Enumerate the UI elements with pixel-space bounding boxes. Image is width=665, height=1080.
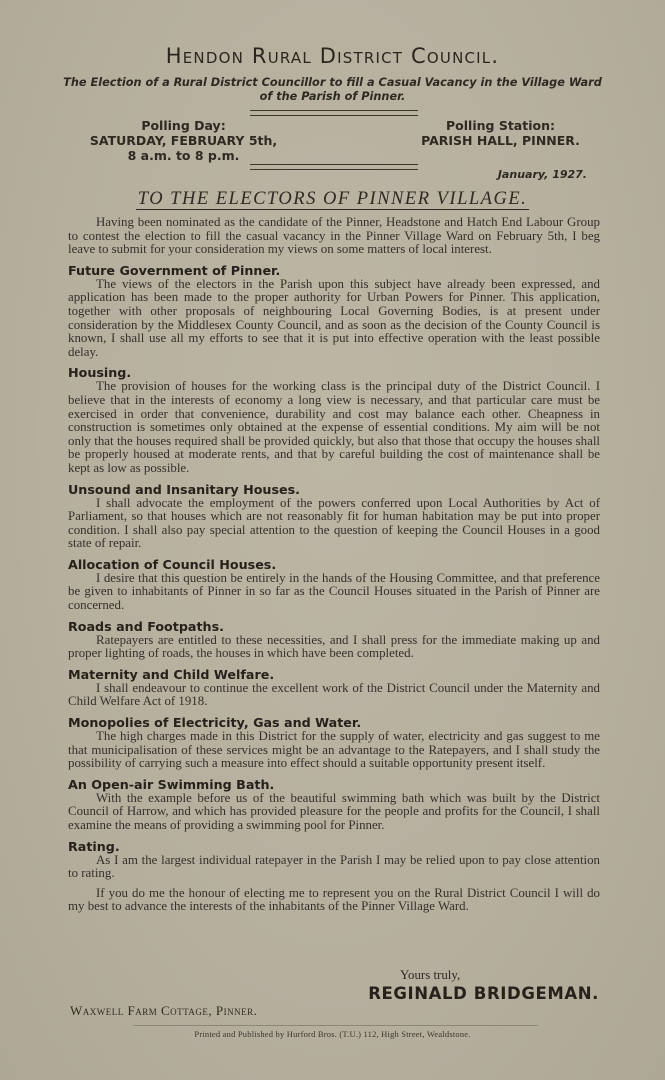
address-body: Having been nominated as the candidate o… bbox=[68, 216, 600, 914]
manifesto-section: Maternity and Child Welfare.I shall ende… bbox=[68, 667, 600, 709]
election-subtitle: The Election of a Rural District Council… bbox=[60, 76, 605, 104]
electors-heading: TO THE ELECTORS OF PINNER VILLAGE. bbox=[0, 189, 665, 210]
section-heading: An Open-air Swimming Bath. bbox=[68, 777, 600, 792]
double-rule-divider bbox=[250, 164, 418, 170]
manifesto-section: Unsound and Insanitary Houses.I shall ad… bbox=[68, 482, 600, 551]
subtitle-line-2: of the Parish of Pinner. bbox=[60, 90, 605, 104]
candidate-signature: REGINALD BRIDGEMAN. bbox=[368, 984, 599, 1003]
manifesto-section: Monopolies of Electricity, Gas and Water… bbox=[68, 715, 600, 771]
manifesto-section: Housing.The provision of houses for the … bbox=[68, 365, 600, 475]
section-heading: Unsound and Insanitary Houses. bbox=[68, 482, 600, 497]
polling-day-label: Polling Day: bbox=[66, 118, 301, 133]
polling-day-value: SATURDAY, FEBRUARY 5th, bbox=[66, 133, 301, 148]
printer-divider bbox=[133, 1025, 538, 1026]
manifesto-section: Allocation of Council Houses.I desire th… bbox=[68, 557, 600, 613]
section-heading: Rating. bbox=[68, 839, 600, 854]
section-text: The high charges made in this District f… bbox=[68, 730, 600, 771]
section-text: I shall endeavour to continue the excell… bbox=[68, 682, 600, 709]
polling-station-label: Polling Station: bbox=[398, 118, 603, 133]
manifesto-section: Roads and Footpaths.Ratepayers are entit… bbox=[68, 619, 600, 661]
closing-paragraph: If you do me the honour of electing me t… bbox=[68, 887, 600, 914]
polling-station-block: Polling Station: PARISH HALL, PINNER. bbox=[398, 118, 603, 148]
election-leaflet: Hendon Rural District Council. The Elect… bbox=[0, 0, 665, 1080]
section-heading: Allocation of Council Houses. bbox=[68, 557, 600, 572]
section-text: Ratepayers are entitled to these necessi… bbox=[68, 634, 600, 661]
section-text: I shall advocate the employment of the p… bbox=[68, 497, 600, 551]
polling-day-block: Polling Day: SATURDAY, FEBRUARY 5th, 8 a… bbox=[66, 118, 301, 163]
intro-paragraph: Having been nominated as the candidate o… bbox=[68, 216, 600, 257]
printer-imprint: Printed and Published by Hurford Bros. (… bbox=[0, 1029, 665, 1039]
section-text: The views of the electors in the Parish … bbox=[68, 278, 600, 360]
section-heading: Roads and Footpaths. bbox=[68, 619, 600, 634]
section-heading: Housing. bbox=[68, 365, 600, 380]
section-heading: Maternity and Child Welfare. bbox=[68, 667, 600, 682]
double-rule-divider bbox=[250, 110, 418, 116]
polling-station-value: PARISH HALL, PINNER. bbox=[398, 133, 603, 148]
sign-off: Yours truly, bbox=[400, 968, 460, 983]
manifesto-section: Future Government of Pinner.The views of… bbox=[68, 263, 600, 360]
electors-heading-text: TO THE ELECTORS OF PINNER VILLAGE. bbox=[136, 189, 530, 210]
candidate-address: Waxwell Farm Cottage, Pinner. bbox=[70, 1003, 257, 1019]
section-text: The provision of houses for the working … bbox=[68, 380, 600, 475]
section-heading: Future Government of Pinner. bbox=[68, 263, 600, 278]
leaflet-date: January, 1927. bbox=[498, 168, 587, 181]
section-heading: Monopolies of Electricity, Gas and Water… bbox=[68, 715, 600, 730]
section-text: As I am the largest individual ratepayer… bbox=[68, 854, 600, 881]
manifesto-section: An Open-air Swimming Bath.With the examp… bbox=[68, 777, 600, 833]
council-title: Hendon Rural District Council. bbox=[0, 44, 665, 68]
manifesto-section: Rating.As I am the largest individual ra… bbox=[68, 839, 600, 881]
section-text: I desire that this question be entirely … bbox=[68, 572, 600, 613]
section-text: With the example before us of the beauti… bbox=[68, 792, 600, 833]
subtitle-line-1: The Election of a Rural District Council… bbox=[60, 76, 605, 90]
polling-hours: 8 a.m. to 8 p.m. bbox=[66, 148, 301, 163]
